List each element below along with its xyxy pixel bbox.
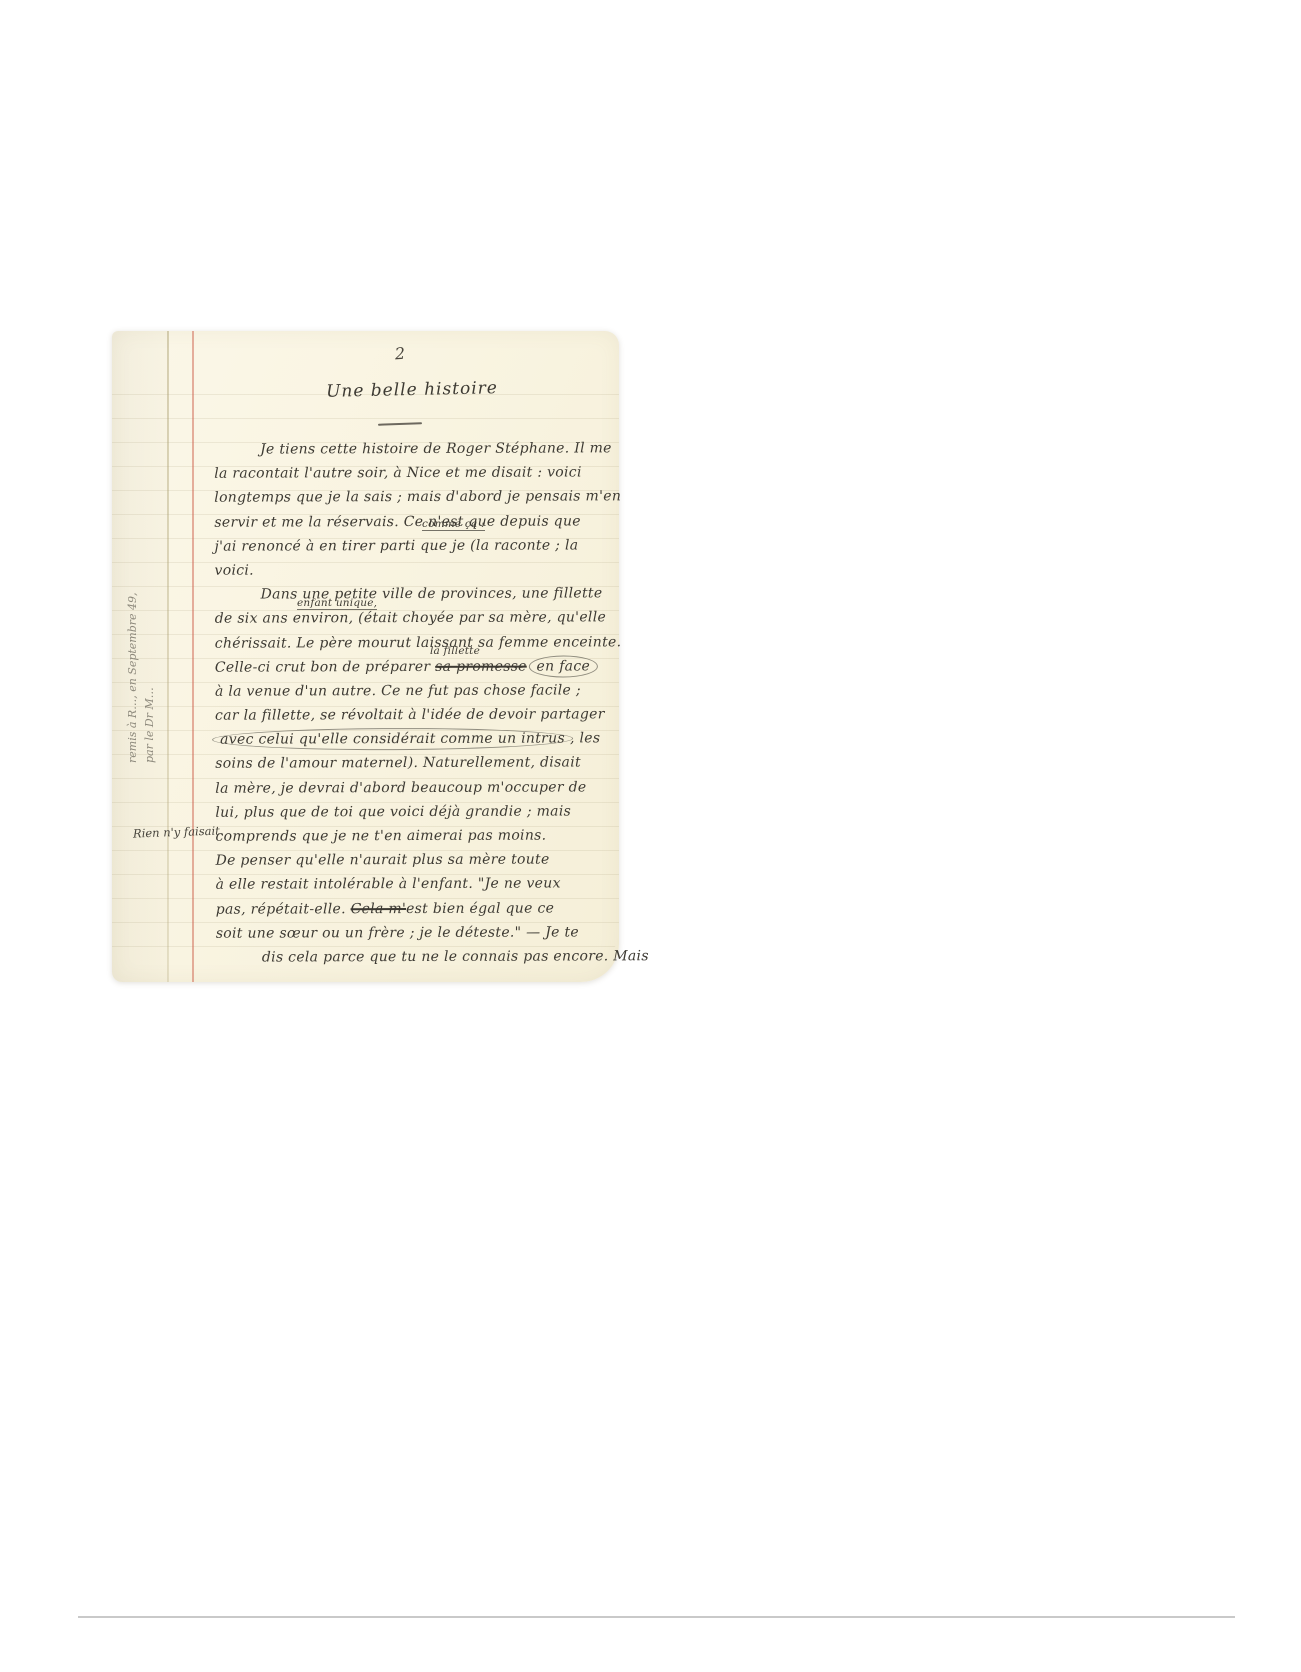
handwriting-line: pas, répétait-elle. Cela m'est bien égal… (216, 896, 620, 922)
handwriting-text: comprends que je ne t'en aimerai pas moi… (215, 828, 546, 845)
margin-note: Rien n'y faisait. (133, 823, 224, 840)
handwriting-line: Celle-ci crut bon de préparer sa promess… (215, 654, 619, 680)
handwriting-text: Je tiens cette histoire de Roger Stéphan… (260, 440, 612, 457)
handwriting-text: , les (570, 731, 600, 747)
handwriting-line: voici. (214, 557, 618, 583)
handwriting-text: car la fillette, se révoltait à l'idée d… (215, 706, 605, 723)
handwriting-text: longtemps que je la sais ; mais d'abord … (214, 489, 621, 506)
handwriting-text: servir et me la réservais. Ce n'est que … (214, 513, 581, 530)
handwriting-line: comprends que je ne t'en aimerai pas moi… (215, 823, 619, 849)
handwriting-text: est bien égal que ce (406, 900, 554, 917)
handwriting-text: de six ans environ, (était choyée par sa… (215, 610, 606, 627)
page-number: 2 (369, 342, 430, 365)
handwriting-line: la racontait l'autre soir, à Nice et me … (214, 460, 618, 486)
handwriting-text: De penser qu'elle n'aurait plus sa mère … (216, 852, 550, 869)
handwriting-text: à la venue d'un autre. Ce ne fut pas cho… (215, 682, 581, 699)
handwriting-line: longtemps que je la sais ; mais d'abord … (214, 485, 618, 511)
handwriting-line: à la venue d'un autre. Ce ne fut pas cho… (215, 678, 619, 704)
vertical-note-line2: par le Dr M… (141, 481, 158, 763)
handwriting-text: soit une sœur ou un frère ; je le détest… (216, 924, 579, 941)
handwriting-line: la mère, je devrai d'abord beaucoup m'oc… (215, 775, 619, 801)
handwriting-lines: Je tiens cette histoire de Roger Stéphan… (214, 436, 620, 970)
handwriting-text: Celle-ci crut bon de préparer (215, 659, 435, 676)
interline-insertion: la fillette (430, 645, 480, 657)
handwriting-text: lui, plus que de toi que voici déjà gran… (215, 803, 571, 820)
red-margin-line (192, 331, 194, 982)
struck-word: Cela m' (351, 901, 407, 917)
circled-phrase: en face (528, 655, 598, 677)
handwriting-text: pas, répétait-elle. (216, 901, 351, 917)
handwriting-line: De penser qu'elle n'aurait plus sa mère … (216, 847, 620, 873)
handwriting-text: chérissait. Le père mourut laissant sa f… (215, 634, 622, 651)
interline-insertion: enfant unique, (297, 597, 377, 610)
struck-word: sa promesse (435, 658, 527, 674)
handwriting-line: Dans une petite ville de provinces, une … (215, 581, 619, 607)
handwriting-line: dis cela parce que tu ne le connais pas … (216, 944, 620, 970)
handwriting-line: lui, plus que de toi que voici déjà gran… (215, 799, 619, 825)
handwriting-text: j'ai renoncé à en tirer parti que je (la… (214, 537, 578, 554)
title-flourish (378, 422, 422, 426)
handwriting-line: soins de l'amour maternel). Naturellemen… (215, 751, 619, 777)
handwriting-text: voici. (215, 563, 254, 579)
manuscript-title: Une belle histoire (312, 378, 512, 402)
manuscript-photo: 2 Une belle histoire Je tiens cette hist… (112, 331, 619, 982)
handwriting-text: la mère, je devrai d'abord beaucoup m'oc… (215, 779, 586, 796)
handwriting-line: j'ai renoncé à en tirer parti que je (la… (214, 533, 618, 559)
bottom-divider (78, 1616, 1235, 1618)
handwriting-line: à elle restait intolérable à l'enfant. "… (216, 872, 620, 898)
vertical-pencil-note: remis à R…, en Septembre 49, par le Dr M… (124, 481, 170, 763)
handwriting-line: chérissait. Le père mourut laissant sa f… (215, 630, 619, 656)
handwriting-line: de six ans environ, (était choyée par sa… (215, 606, 619, 632)
handwriting-text: la racontait l'autre soir, à Nice et me … (214, 465, 582, 482)
handwriting-text: à elle restait intolérable à l'enfant. "… (216, 876, 561, 893)
circled-phrase: avec celui qu'elle considérait comme un … (212, 728, 573, 751)
handwriting-line: servir et me la réservais. Ce n'est que … (214, 509, 618, 535)
handwriting-line: Je tiens cette histoire de Roger Stéphan… (214, 436, 618, 462)
interline-insertion: comme ça : (422, 518, 485, 531)
handwriting-line: car la fillette, se révoltait à l'idée d… (215, 702, 619, 728)
vertical-note-line1: remis à R…, en Septembre 49, (124, 481, 141, 763)
handwriting-line: avec celui qu'elle considérait comme un … (215, 727, 619, 753)
handwriting-line: soit une sœur ou un frère ; je le détest… (216, 920, 620, 946)
handwriting-text: dis cela parce que tu ne le connais pas … (262, 948, 649, 965)
handwriting-text: soins de l'amour maternel). Naturellemen… (215, 755, 581, 772)
